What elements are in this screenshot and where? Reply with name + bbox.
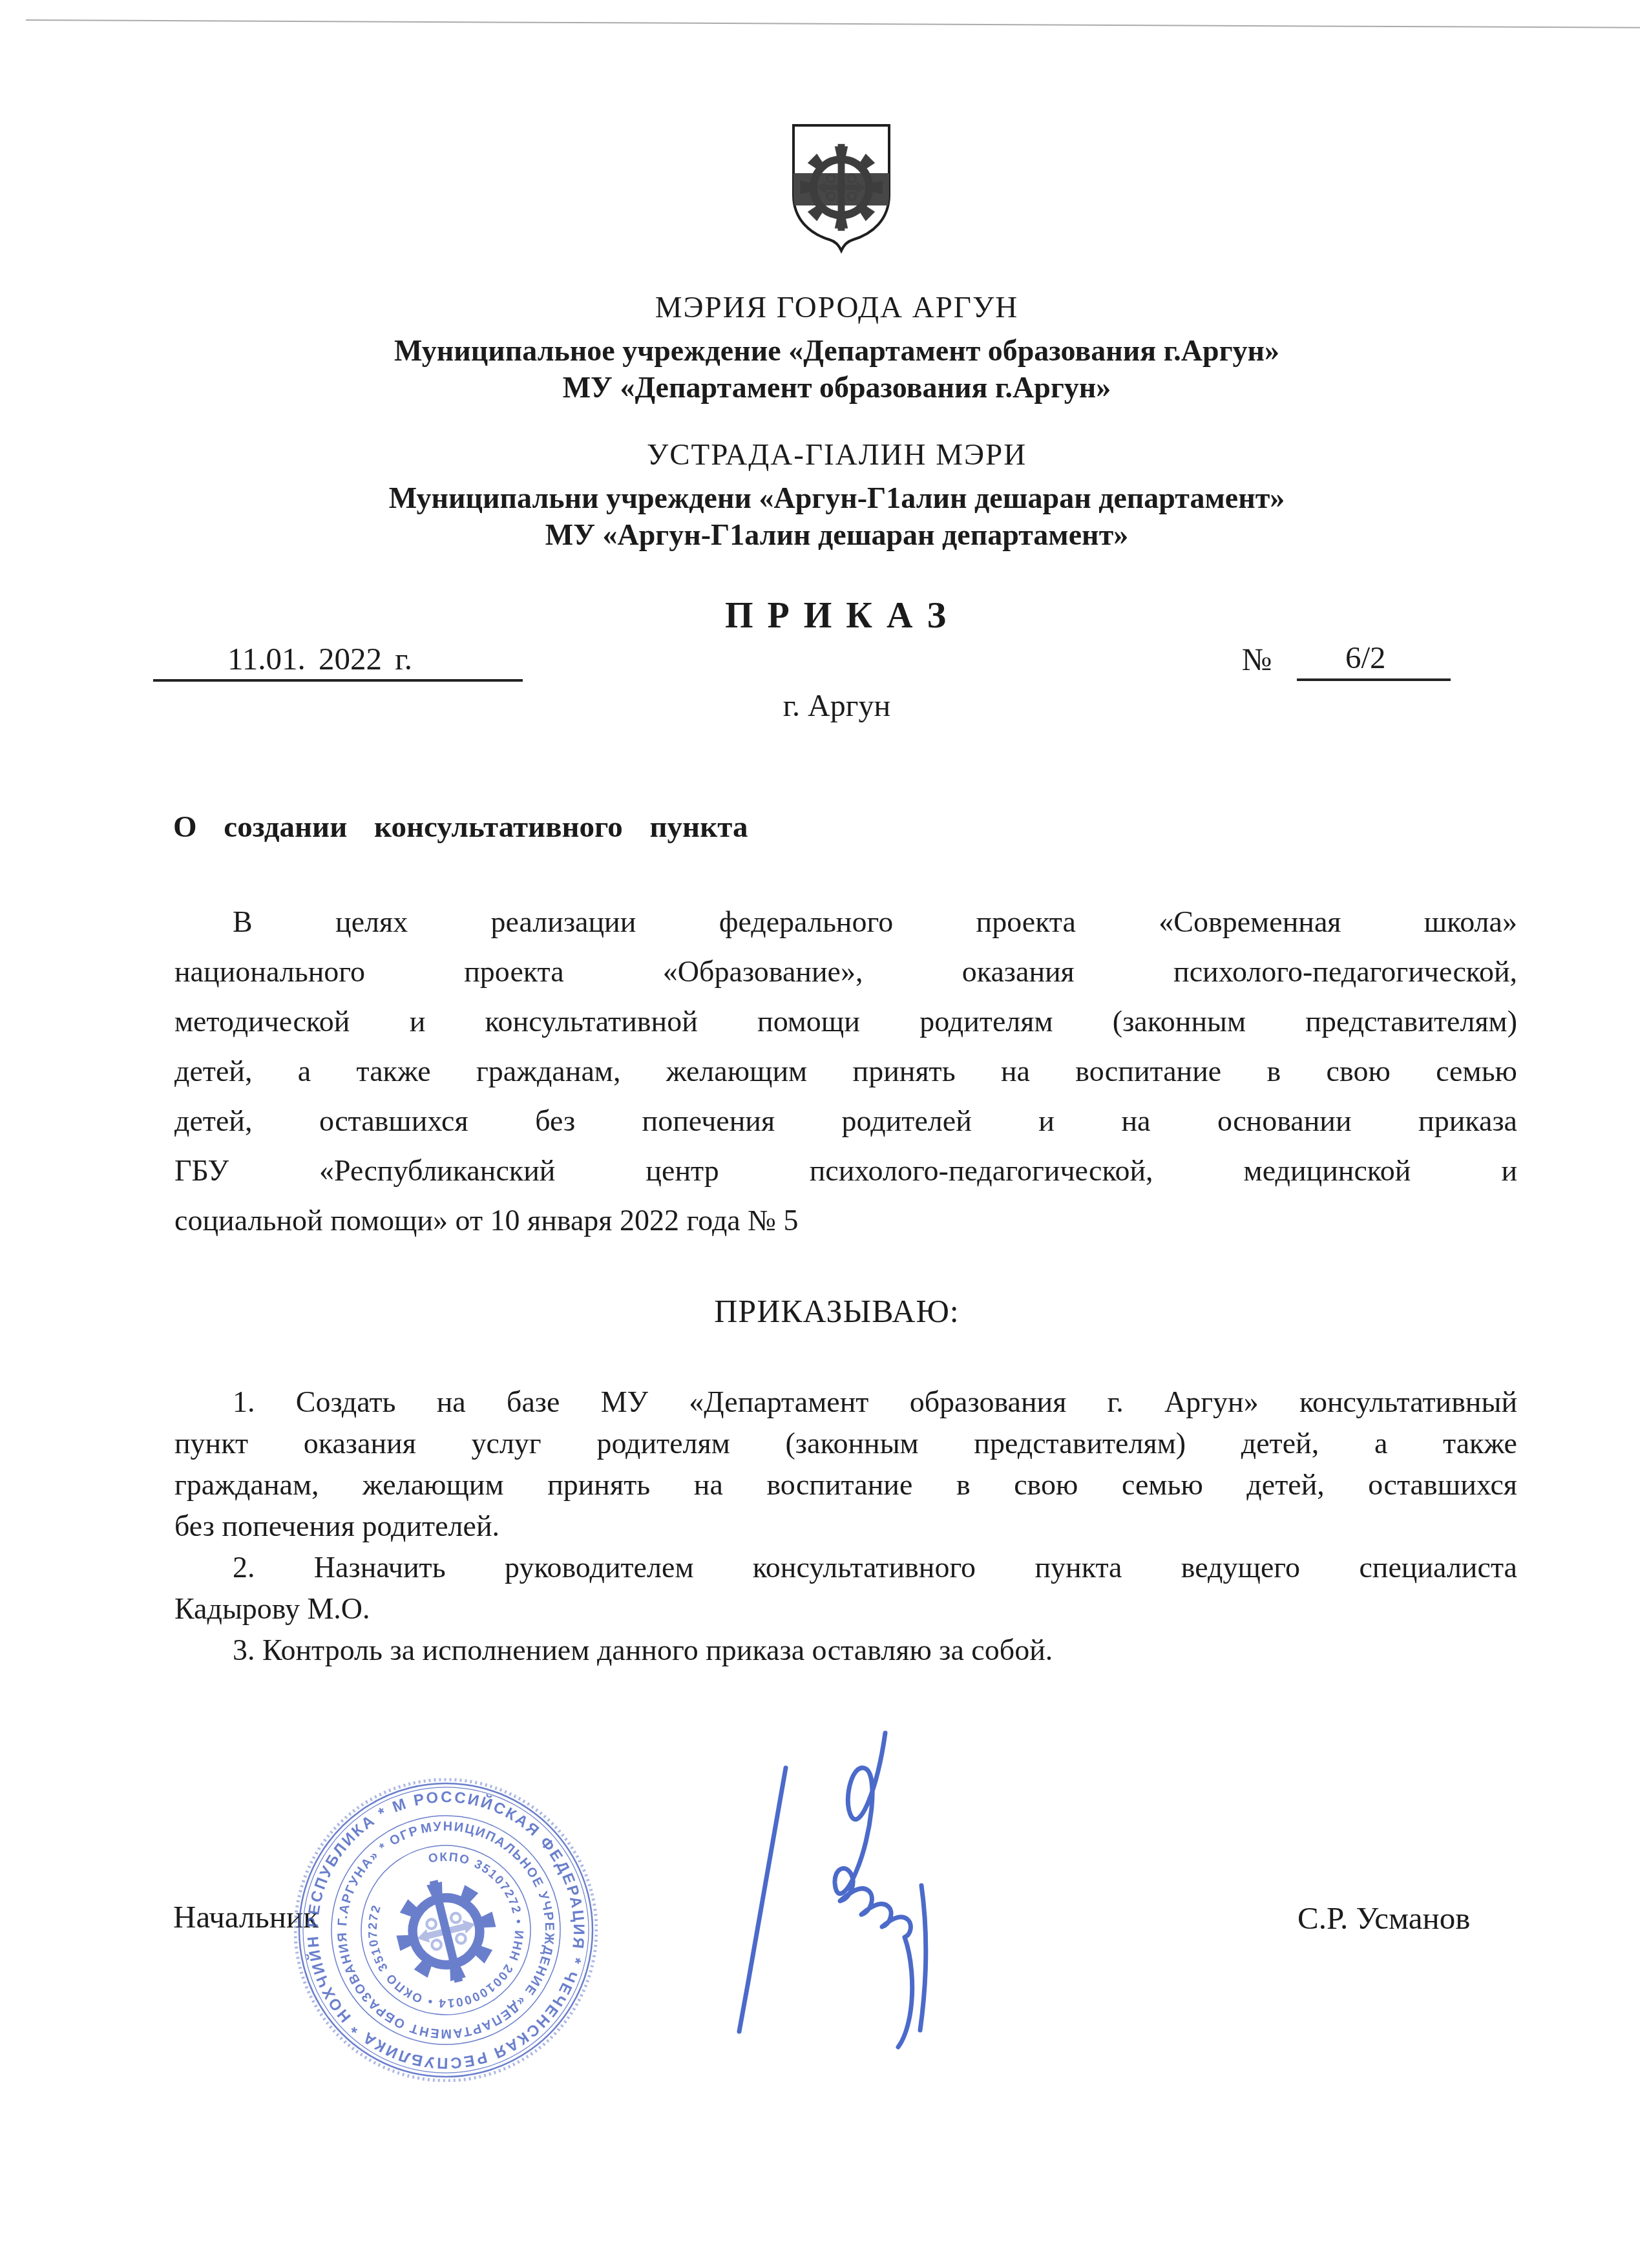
org-ru-line2: Муниципальное учреждение «Департамент об… — [155, 332, 1518, 369]
body-line: детей, а также гражданам, желающим приня… — [174, 1046, 1517, 1096]
body-line: ГБУ «Республиканский центр психолого-пед… — [174, 1146, 1517, 1195]
item1-line: 1. Создать на базе МУ «Департамент образ… — [174, 1381, 1517, 1423]
argun-coat-of-arms — [790, 123, 893, 253]
official-stamp: РОССИЙСКАЯ ФЕДЕРАЦИЯ * ЧЕЧЕНСКАЯ РЕСПУБЛ… — [294, 1778, 598, 2082]
scan-artifact-line — [26, 19, 1640, 28]
body-line: В целях реализации федерального проекта … — [174, 897, 1517, 947]
body-line: методической и консультативной помощи ро… — [174, 996, 1517, 1046]
signatory-name: С.Р. Усманов — [1297, 1900, 1470, 1937]
order-preamble: В целях реализации федерального проекта … — [174, 897, 1517, 1245]
org-che-line1: УСТРАДА-ГIАЛИН МЭРИ — [155, 437, 1518, 473]
resolution-items: 1. Создать на базе МУ «Департамент образ… — [174, 1381, 1517, 1671]
org-ru-line1: МЭРИЯ ГОРОДА АРГУН — [155, 289, 1518, 326]
org-che-line2: Муниципальни учреждени «Аргун-Г1алин деш… — [155, 479, 1518, 516]
body-line: детей, оставшихся без попечения родителе… — [174, 1096, 1517, 1146]
handwritten-signature — [684, 1727, 955, 2050]
org-ru-line3: МУ «Департамент образования г.Аргун» — [155, 369, 1518, 406]
item1-line: пункт оказания услуг родителям (законным… — [174, 1423, 1517, 1464]
body-line: национального проекта «Образование», ока… — [174, 947, 1517, 996]
order-city: г. Аргун — [155, 688, 1518, 725]
number-underline — [1297, 678, 1451, 681]
letterhead-chechen: УСТРАДА-ГIАЛИН МЭРИ Муниципальни учрежде… — [155, 437, 1518, 553]
resolution-heading: ПРИКАЗЫВАЮ: — [155, 1292, 1518, 1330]
number-sign: № — [1242, 642, 1272, 678]
scanned-order-document: МЭРИЯ ГОРОДА АРГУН Муниципальное учрежде… — [0, 0, 1649, 2268]
item2-line: 2. Назначить руководителем консультативн… — [174, 1547, 1517, 1588]
date-underline — [153, 679, 523, 682]
item1-line: гражданам, желающим принять на воспитани… — [174, 1464, 1517, 1506]
item1-line: без попечения родителей. — [174, 1506, 1517, 1547]
order-number: 6/2 — [1345, 640, 1386, 676]
org-che-line3: МУ «Аргун-Г1алин дешаран департамент» — [155, 516, 1518, 553]
order-title: П Р И К А З — [155, 592, 1518, 640]
letterhead-russian: МЭРИЯ ГОРОДА АРГУН Муниципальное учрежде… — [155, 289, 1518, 406]
item3-line: 3. Контроль за исполнением данного прика… — [174, 1630, 1517, 1671]
order-date: 11.01. 2022 г. — [227, 641, 412, 677]
item2-line: Кадырову М.О. — [174, 1588, 1517, 1630]
stamp-center-emblem — [386, 1869, 507, 1993]
body-line: социальной помощи» от 10 января 2022 год… — [174, 1195, 1517, 1245]
order-subject: О создании консультативного пункта — [173, 808, 748, 846]
